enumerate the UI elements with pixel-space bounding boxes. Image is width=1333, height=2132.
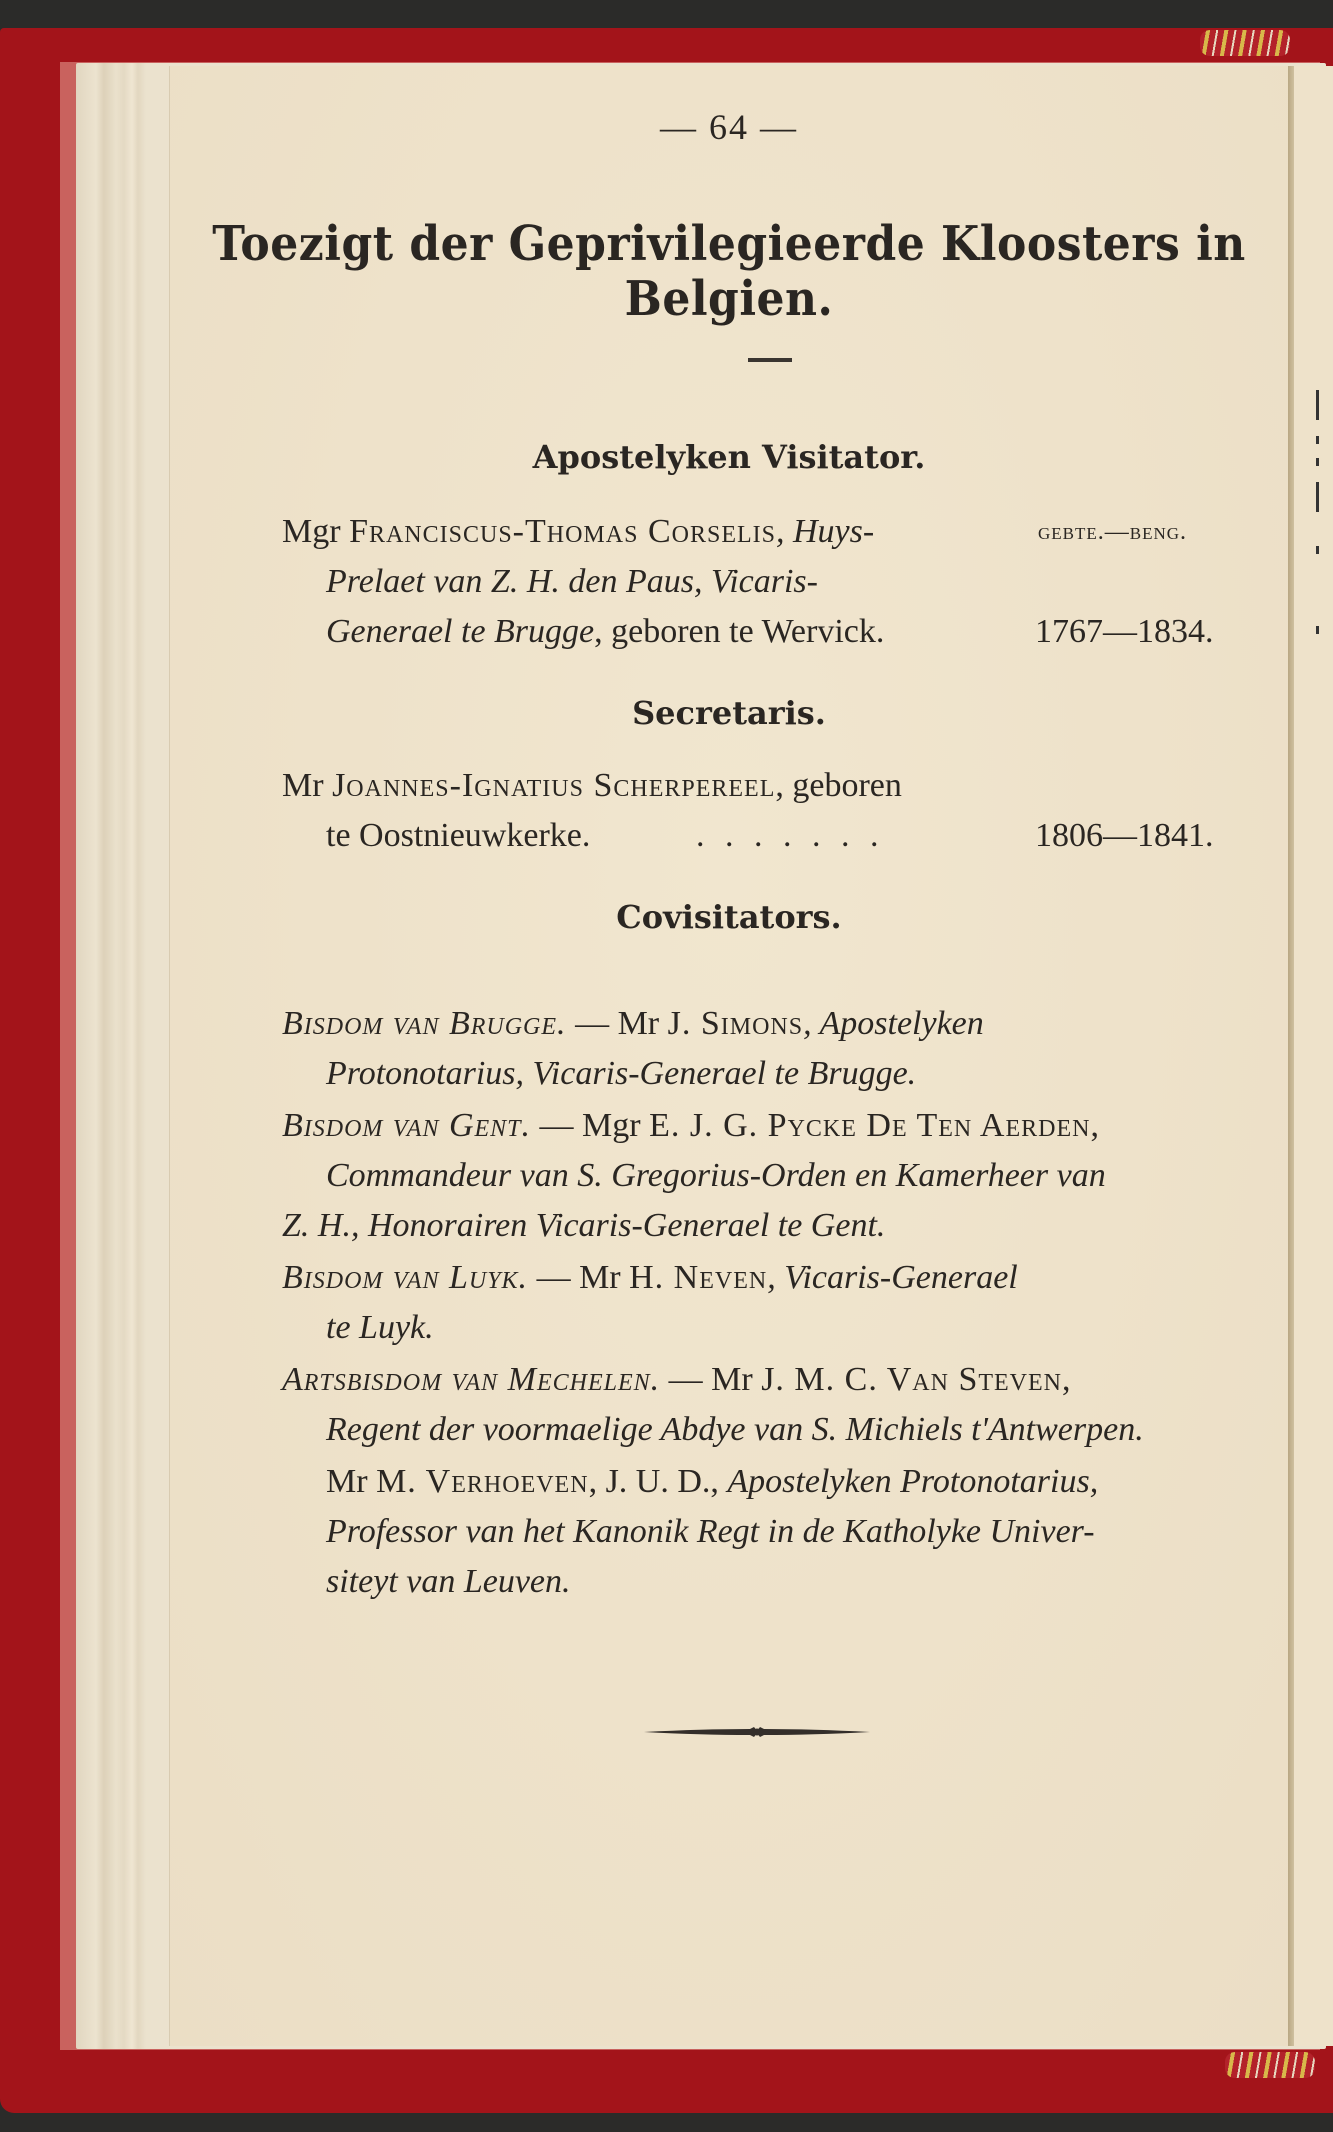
facing-page-edge	[1294, 66, 1333, 2046]
visitator-dates: 1767—1834.	[1035, 612, 1214, 652]
person-name: J. M. C. Van Steven	[761, 1361, 1062, 1398]
secretaris-entry-line-1: Mr Joannes-Ignatius Scherpereel, geboren	[282, 766, 902, 806]
covisitator-entry-1-line-2: Protonotarius, Vicaris-Generael te Brugg…	[326, 1054, 916, 1094]
covisitator-extra-entry: Mr M. Verhoeven, J. U. D., Apostelyken P…	[326, 1462, 1098, 1502]
place-text: Generael te Brugge	[326, 613, 594, 650]
title-text: , Vicaris-Generael	[767, 1259, 1018, 1296]
facing-page-text-fragment	[1316, 436, 1319, 444]
honorific: Mr	[326, 1463, 368, 1500]
facing-page-text-fragment	[1316, 626, 1319, 634]
diocese-name: Bisdom van Brugge.	[282, 1005, 567, 1042]
honorific: Mr	[282, 767, 324, 804]
facing-page-text-fragment	[1316, 482, 1319, 512]
birth-text: , geboren	[775, 767, 902, 804]
dash: —	[567, 1005, 618, 1042]
covisitator-extra-entry-line-3: siteyt van Leuven.	[326, 1562, 571, 1602]
title-text: , Huys-	[776, 513, 874, 550]
person-name: H. Neven	[629, 1259, 767, 1296]
covisitator-extra-entry-line-2: Professor van het Kanonik Regt in de Kat…	[326, 1512, 1095, 1552]
person-name: Joannes-Ignatius Scherpereel	[332, 767, 775, 804]
covisitator-entry-3: Bisdom van Luyk. — Mr H. Neven, Vicaris-…	[282, 1258, 1018, 1298]
honorific: Mr	[579, 1259, 621, 1296]
title-text: Apostelyken Protonotarius,	[727, 1463, 1098, 1500]
covisitator-entry-1: Bisdom van Brugge. — Mr J. Simons, Apost…	[282, 1004, 984, 1044]
birthplace-text: , geboren te Wervick.	[594, 613, 884, 650]
covisitator-entry-4: Artsbisdom van Mechelen. — Mr J. M. C. V…	[282, 1360, 1071, 1400]
person-name: M. Verhoeven	[376, 1463, 589, 1500]
person-name: Franciscus-Thomas Corselis	[349, 513, 776, 550]
covisitator-entry-4-line-2: Regent der voormaelige Abdye van S. Mich…	[326, 1410, 1144, 1450]
page-title: Toezigt der Geprivilegieerde Kloosters i…	[170, 217, 1288, 327]
section-heading-secretaris: Secretaris.	[170, 694, 1288, 732]
diocese-name: Bisdom van Luyk.	[282, 1259, 528, 1296]
person-name: E. J. G. Pycke De Ten Aerden	[649, 1107, 1090, 1144]
covisitator-entry-2-line-3: Z. H., Honorairen Vicaris-Generael te Ge…	[282, 1206, 885, 1246]
honorific: Mgr	[582, 1107, 641, 1144]
visitator-entry-line-1: Mgr Franciscus-Thomas Corselis, Huys-	[282, 512, 874, 552]
diocese-name: Bisdom van Gent.	[282, 1107, 531, 1144]
punctuation: ,	[1062, 1361, 1071, 1398]
dash: —	[660, 1361, 711, 1398]
visitator-entry-line-2: Prelaet van Z. H. den Paus, Vicaris-	[326, 562, 818, 602]
facing-page-text-fragment	[1316, 546, 1319, 554]
page-number: — 64 —	[170, 106, 1288, 148]
facing-page-text-fragment	[1316, 390, 1319, 420]
dot-leader: . . . . . . .	[696, 816, 885, 856]
punctuation: ,	[1090, 1107, 1099, 1144]
person-name: J. Simons	[668, 1005, 803, 1042]
degree-text: , J. U. D.,	[589, 1463, 728, 1500]
covisitator-entry-2-line-2: Commandeur van S. Gregorius-Orden en Kam…	[326, 1156, 1106, 1196]
covisitator-entry-2: Bisdom van Gent. — Mgr E. J. G. Pycke De…	[282, 1106, 1099, 1146]
dash: —	[528, 1259, 579, 1296]
headband-top	[1200, 30, 1290, 56]
diocese-name: Artsbisdom van Mechelen.	[282, 1361, 660, 1398]
section-heading-covisitators: Covisitators.	[170, 898, 1288, 936]
ornament-divider-icon	[642, 1724, 872, 1740]
title-text: , Apostelyken	[803, 1005, 984, 1042]
divider-rule	[748, 358, 792, 362]
honorific: Mr	[711, 1361, 753, 1398]
secretaris-entry-line-2: te Oostnieuwkerke.	[326, 816, 590, 856]
column-label: gebte.—beng.	[1038, 512, 1187, 552]
facing-page-text-fragment	[1316, 458, 1319, 466]
secretaris-dates: 1806—1841.	[1035, 816, 1214, 856]
covisitator-entry-3-line-2: te Luyk.	[326, 1308, 434, 1348]
honorific: Mr	[618, 1005, 660, 1042]
visitator-entry-line-3: Generael te Brugge, geboren te Wervick.	[326, 612, 884, 652]
honorific: Mgr	[282, 513, 341, 550]
headband-bottom	[1225, 2052, 1315, 2078]
section-heading-visitator: Apostelyken Visitator.	[170, 438, 1288, 476]
dash: —	[531, 1107, 582, 1144]
page-content: — 64 — Toezigt der Geprivilegieerde Kloo…	[170, 66, 1288, 2046]
